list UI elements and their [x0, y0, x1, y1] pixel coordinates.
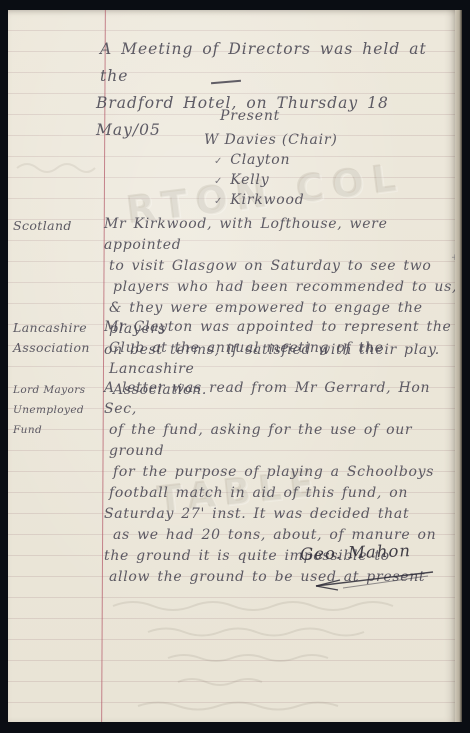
- minute-line: of the fund, asking for the use of our g…: [109, 420, 463, 462]
- minute-line: football match in aid of this fund, on: [109, 483, 463, 504]
- minute-line: Saturday 27' inst. It was decided that: [104, 504, 458, 525]
- margin-note-line: Unemployed Fund: [13, 400, 101, 440]
- ditto-tick-icon: ✓: [214, 176, 223, 187]
- minute-line: to visit Glasgow on Saturday to see two: [109, 256, 463, 277]
- attendees-list: Present W Davies (Chair) ✓Clayton ✓Kelly…: [204, 106, 338, 211]
- attendee-name: Kelly: [230, 172, 269, 188]
- minute-line: Mr Clayton was appointed to represent th…: [104, 317, 458, 338]
- book-page-edge: [455, 10, 462, 722]
- minute-line: Mr Kirkwood, with Lofthouse, were appoin…: [104, 214, 458, 256]
- scanned-minute-book-photo: { "page": { "ink_color": "#484652", "pap…: [0, 0, 470, 733]
- present-title: Present: [220, 106, 338, 127]
- show-through-ghost-writing: [108, 598, 453, 718]
- chairman-signature: Geo. Mahon: [300, 541, 412, 564]
- ditto-tick-icon: ✓: [214, 156, 223, 167]
- margin-note-line: Association: [13, 338, 101, 358]
- attendee-name: Clayton: [230, 152, 290, 168]
- minute-line: players who had been recommended to us,: [113, 277, 467, 298]
- attendee-chairman: W Davies (Chair): [204, 130, 338, 151]
- margin-note-line: Lancashire: [13, 318, 101, 338]
- margin-note-line: Lord Mayors: [13, 380, 101, 400]
- minute-book-page: RTON COL TABLE A Meeting of Directors wa…: [8, 10, 455, 722]
- attendee: ✓Kirkwood: [214, 191, 338, 211]
- show-through-ghost-writing: [14, 150, 99, 180]
- margin-note-lancashire-association: Lancashire Association: [13, 318, 101, 358]
- margin-note-lord-mayors-fund: Lord Mayors Unemployed Fund: [13, 380, 101, 440]
- margin-note-line: Scotland: [13, 216, 101, 236]
- minute-line: as we had 20 tons, about, of manure on: [113, 525, 467, 546]
- minute-line: for the purpose of playing a Schoolboys: [113, 462, 467, 483]
- attendee: ✓Kelly: [214, 171, 338, 191]
- minute-line: A letter was read from Mr Gerrard, Hon S…: [104, 378, 458, 420]
- ditto-tick-icon: ✓: [214, 196, 223, 207]
- signature-flourish-arrow-icon: [288, 566, 438, 596]
- heading-line-1: A Meeting of Directors was held at the: [100, 36, 460, 90]
- attendee: ✓Clayton: [214, 151, 338, 171]
- attendee-name: Kirkwood: [230, 192, 304, 208]
- margin-note-scotland: Scotland: [13, 216, 101, 236]
- minute-line: Club at the annual meeting of the Lancas…: [109, 338, 463, 380]
